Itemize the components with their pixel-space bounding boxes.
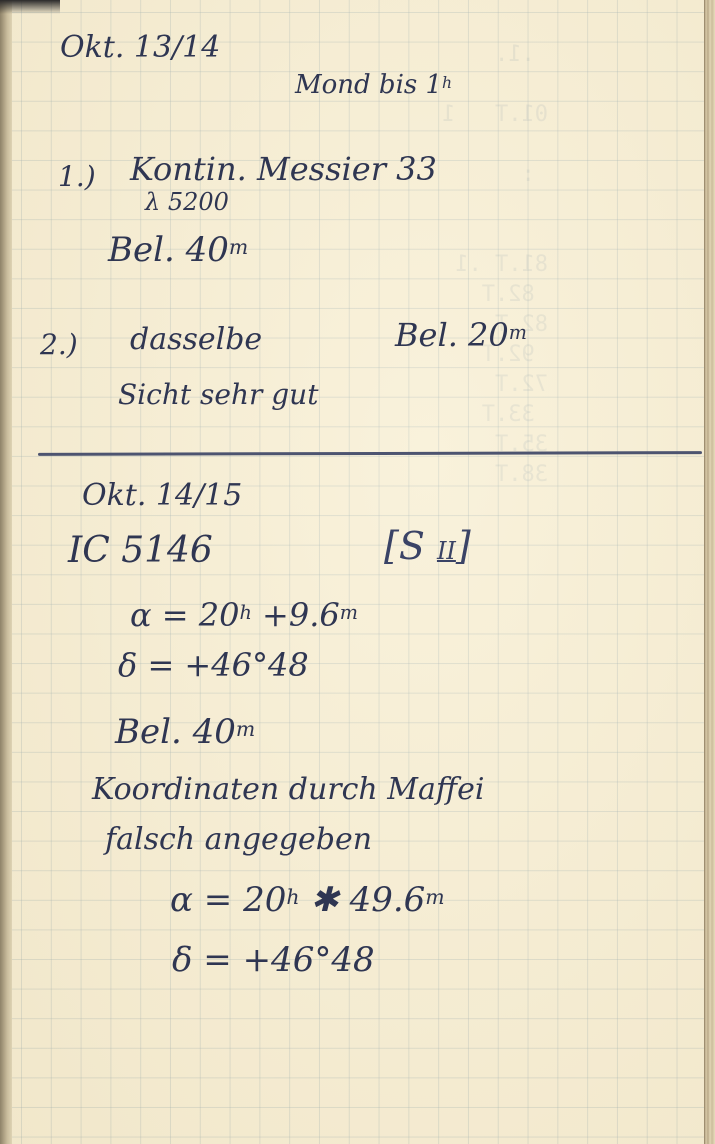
filter-open: [S bbox=[384, 524, 437, 568]
note-line-1: Koordinaten durch Maffei bbox=[92, 772, 484, 807]
bleed-through-text: .1. 01.T 1 : 81.T .1 82.T 82.T 92.T 72.T… bbox=[442, 40, 561, 490]
item-1-exposure-unit: m bbox=[229, 235, 248, 259]
ra-2: α = 20h ✱ 49.6m bbox=[170, 880, 445, 920]
entry-1-date: Okt. 13/14 bbox=[60, 30, 220, 65]
filter-numeral: II bbox=[437, 537, 456, 565]
item-2-number: 2.) bbox=[40, 328, 78, 361]
item-2-exposure-unit: m bbox=[509, 321, 527, 344]
dec-1: δ = +46°48 bbox=[118, 646, 309, 684]
ra-2-minutes-unit: m bbox=[425, 885, 444, 909]
dec-2: δ = +46°48 bbox=[172, 940, 375, 980]
item-1-exposure: Bel. 40m bbox=[108, 230, 248, 270]
note-line-2: falsch angegeben bbox=[105, 822, 372, 857]
entry-2-date: Okt. 14/15 bbox=[82, 478, 242, 513]
ra-1-minutes: +9.6 bbox=[252, 596, 340, 634]
entry-2-exposure-text: Bel. 40 bbox=[115, 712, 236, 752]
ra-1-hours: α = 20 bbox=[130, 596, 239, 634]
entry-2-exposure-unit: m bbox=[236, 717, 255, 741]
moon-note-text: Mond bis 1 bbox=[295, 70, 442, 100]
moon-note: Mond bis 1h bbox=[295, 70, 452, 100]
object-name: IC 5146 bbox=[68, 530, 213, 571]
ra-2-hours-unit: h bbox=[286, 885, 299, 909]
ra-2-hours: α = 20 bbox=[170, 880, 286, 920]
filter-close: ] bbox=[456, 524, 471, 568]
item-2-exposure: Bel. 20m bbox=[395, 316, 527, 354]
item-2-text: dasselbe bbox=[130, 322, 262, 357]
item-1-number: 1.) bbox=[58, 160, 96, 193]
item-1-text: Kontin. Messier 33 bbox=[130, 150, 437, 188]
ra-1: α = 20h +9.6m bbox=[130, 596, 358, 634]
filter-label: [S II] bbox=[384, 524, 471, 568]
page-corner-shadow bbox=[0, 0, 60, 14]
ra-2-minutes: ✱ 49.6 bbox=[299, 880, 425, 920]
page-stack-edge bbox=[704, 0, 715, 1144]
entry-2-exposure: Bel. 40m bbox=[115, 712, 255, 752]
item-2-exposure-text: Bel. 20 bbox=[395, 316, 509, 354]
item-1-exposure-text: Bel. 40 bbox=[108, 230, 229, 270]
ra-1-minutes-unit: m bbox=[340, 601, 358, 624]
ra-1-hours-unit: h bbox=[239, 601, 251, 624]
moon-note-unit: h bbox=[442, 74, 452, 92]
item-2-seeing: Sicht sehr gut bbox=[118, 378, 318, 411]
item-1-wavelength: λ 5200 bbox=[145, 188, 229, 216]
notebook-binding-edge bbox=[0, 0, 12, 1144]
